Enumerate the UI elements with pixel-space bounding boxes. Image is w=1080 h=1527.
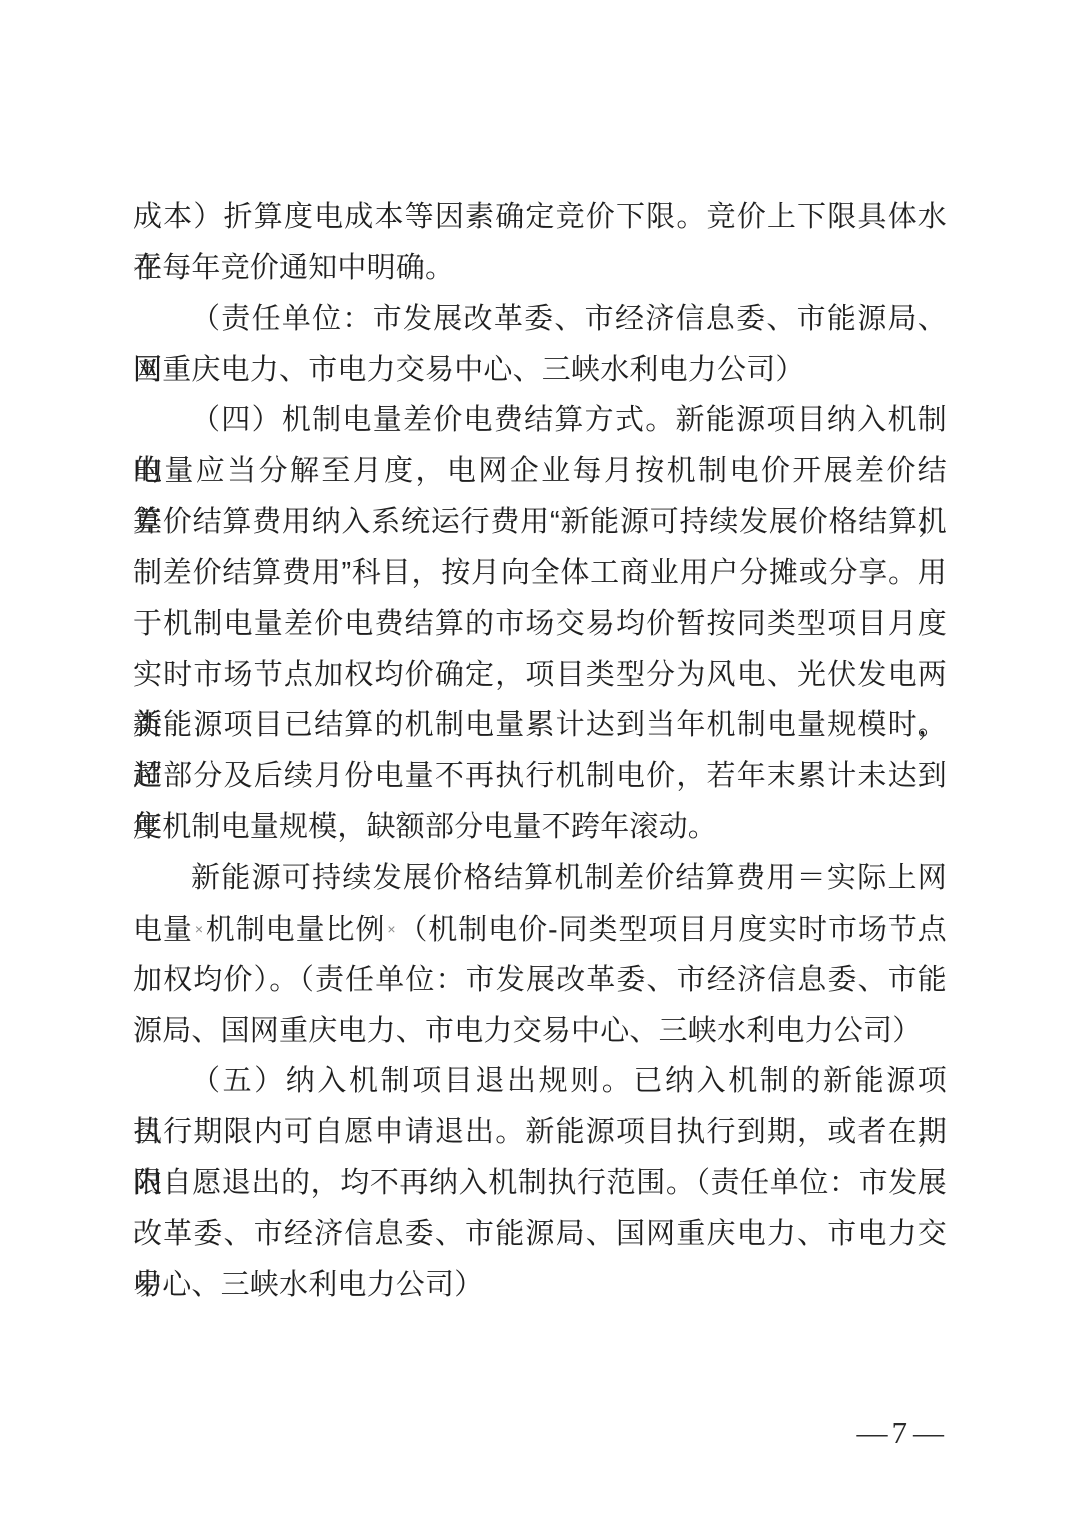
- section-four-first-line: （四）机制电量差价电费结算方式。新能源项目纳入机制的: [133, 395, 947, 446]
- body-text-line: 过部分及后续月份电量不再执行机制电价，若年末累计未达到年: [133, 751, 947, 802]
- page-number: —7—: [857, 1414, 943, 1452]
- body-text-line: 加权均价）。（责任单位：市发展改革委、市经济信息委、市能: [133, 955, 947, 1006]
- body-text-line: 实时市场节点加权均价确定，项目类型分为风电、光伏发电两类。: [133, 650, 947, 701]
- body-text-line: 差价结算费用纳入系统运行费用“新能源可持续发展价格结算机: [133, 497, 947, 548]
- body-text-line: 电量应当分解至月度，电网企业每月按机制电价开展差价结算，: [133, 446, 947, 497]
- body-text-line: 内自愿退出的，均不再纳入机制执行范围。（责任单位：市发展: [133, 1158, 947, 1209]
- body-text-block: 成本）折算度电成本等因素确定竞价下限。竞价上下限具体水平 在每年竞价通知中明确。…: [133, 192, 947, 1311]
- body-text-line: 制差价结算费用”科目，按月向全体工商业用户分摊或分享。用: [133, 548, 947, 599]
- formula-line: 电量×机制电量比例×（机制电价-同类型项目月度实时市场节点: [133, 904, 947, 955]
- formula-first-line: 新能源可持续发展价格结算机制差价结算费用＝实际上网: [133, 853, 947, 904]
- body-text-line: 新能源项目已结算的机制电量累计达到当年机制电量规模时，超: [133, 700, 947, 751]
- page-number-value: 7: [892, 1414, 908, 1452]
- page-number-right-dash: —: [913, 1414, 942, 1452]
- document-page: 成本）折算度电成本等因素确定竞价下限。竞价上下限具体水平 在每年竞价通知中明确。…: [0, 0, 1080, 1527]
- body-text-last-line: 中心、三峡水利电力公司）: [133, 1260, 947, 1311]
- responsible-unit-last-line: 网重庆电力、市电力交易中心、三峡水利电力公司）: [133, 345, 947, 396]
- body-text-line: 执行期限内可自愿申请退出。新能源项目执行到期，或者在期限: [133, 1107, 947, 1158]
- body-text-line: 度机制电量规模，缺额部分电量不跨年滚动。: [133, 802, 947, 853]
- body-text-line: 于机制电量差价电费结算的市场交易均价暂按同类型项目月度: [133, 599, 947, 650]
- formula-segment: （机制电价-同类型项目月度实时市场节点: [398, 914, 947, 946]
- multiply-sign: ×: [193, 921, 205, 937]
- formula-segment: 机制电量比例: [205, 914, 385, 946]
- responsible-unit-first-line: （责任单位：市发展改革委、市经济信息委、市能源局、国: [133, 294, 947, 345]
- responsible-unit-last-line: 源局、国网重庆电力、市电力交易中心、三峡水利电力公司）: [133, 1006, 947, 1057]
- body-text-line: 在每年竞价通知中明确。: [133, 243, 947, 294]
- multiply-sign: ×: [385, 921, 397, 937]
- section-five-first-line: （五）纳入机制项目退出规则。已纳入机制的新能源项目，: [133, 1056, 947, 1107]
- formula-segment: 电量: [133, 914, 193, 946]
- body-text-line: 成本）折算度电成本等因素确定竞价下限。竞价上下限具体水平: [133, 192, 947, 243]
- page-number-left-dash: —: [857, 1414, 886, 1452]
- body-text-line: 改革委、市经济信息委、市能源局、国网重庆电力、市电力交易: [133, 1209, 947, 1260]
